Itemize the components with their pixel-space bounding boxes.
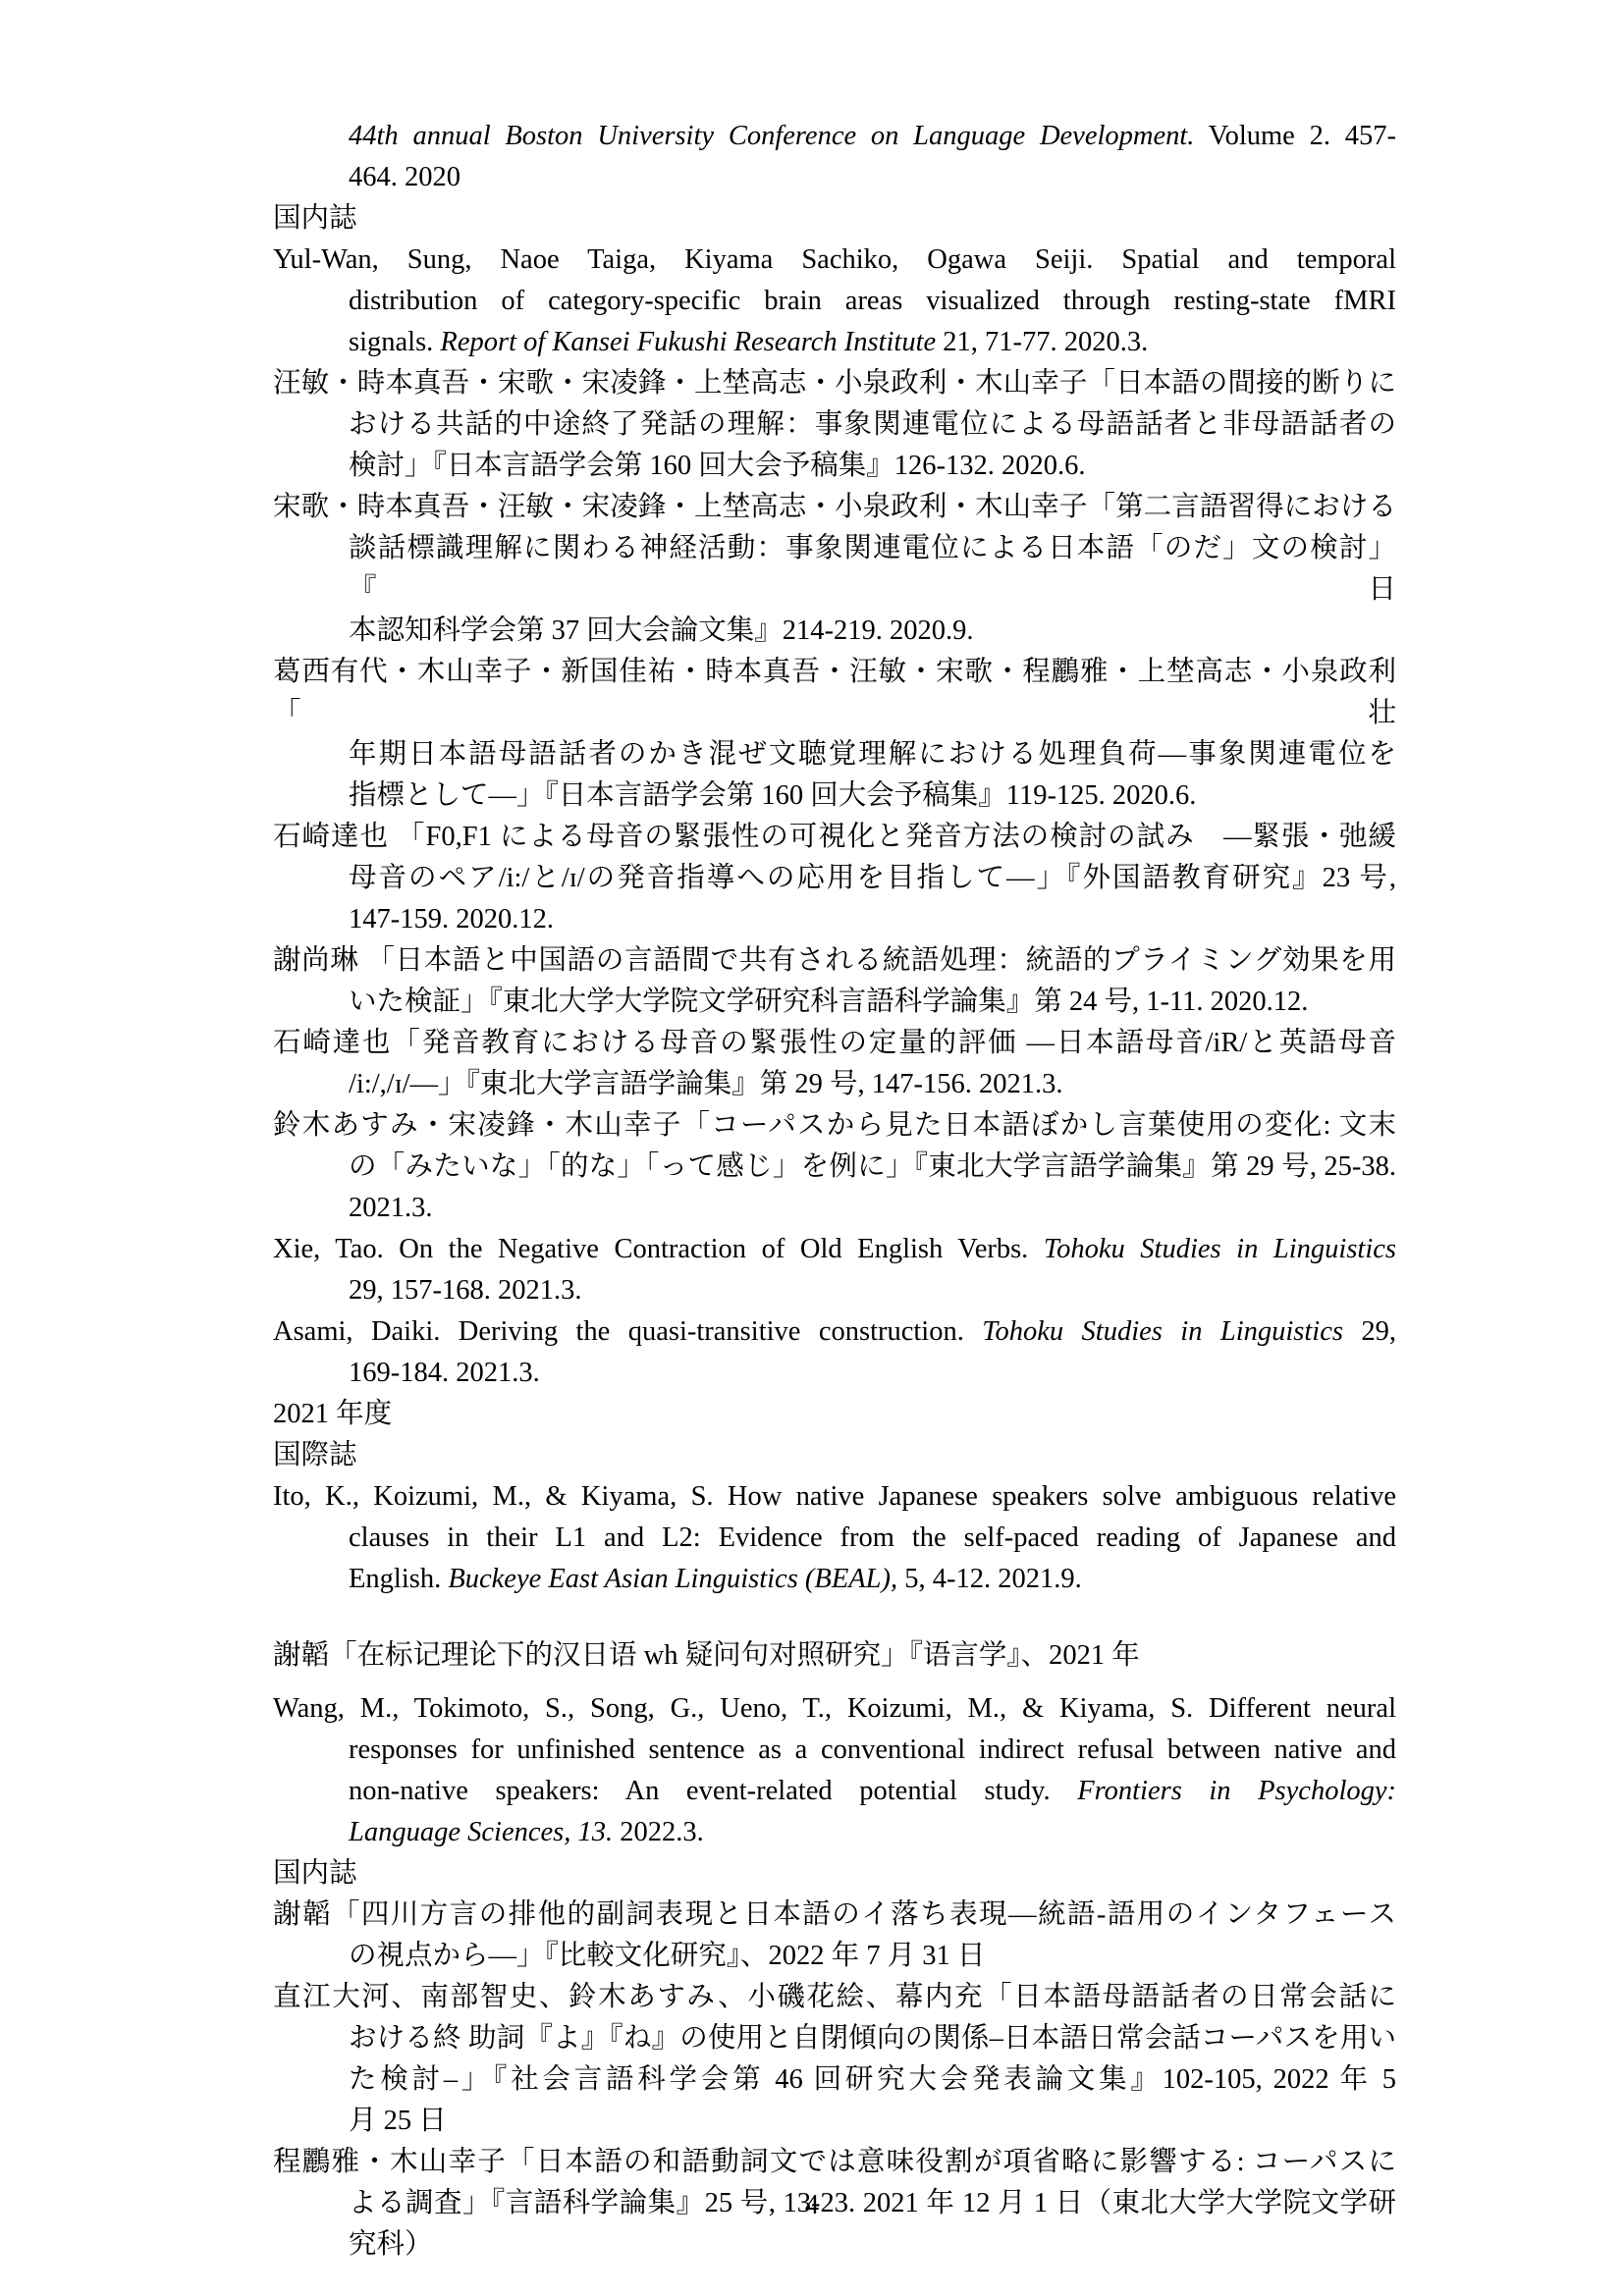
reference-line: Wang, M., Tokimoto, S., Song, G., Ueno, … [273, 1688, 1396, 1730]
text-run: clauses in their L1 and L2: Evidence fro… [349, 1522, 1396, 1553]
reference-line: 月 25 日 [273, 2101, 1396, 2142]
reference-line: 謝韜「在标记理论下的汉日语 wh 疑问句对照研究」『语言学』、2021 年 [273, 1635, 1396, 1677]
reference-line: 147-159. 2020.12. [273, 899, 1396, 940]
section-label: 2021 年度 [273, 1394, 1396, 1435]
reference-line: 検討」『日本言語学会第 160 回大会予稿集』126-132. 2020.6. [273, 446, 1396, 487]
reference-entry: Asami, Daiki. Deriving the quasi-transit… [273, 1311, 1396, 1394]
reference-line: responses for unfinished sentence as a c… [273, 1730, 1396, 1771]
reference-line: おける共話的中途終了発話の理解：事象関連電位による母語話者と非母語話者の [273, 404, 1396, 446]
reference-line: 44th annual Boston University Conference… [273, 116, 1396, 157]
text-run: Yul-Wan, Sung, Naoe Taiga, Kiyama Sachik… [273, 244, 1396, 275]
text-run: 石崎達也「発音教育における母音の緊張性の定量的評価 —日本語母音/iR/と英語母… [273, 1028, 1396, 1058]
text-run: 母音のペア/i:/と/ɪ/の発音指導への応用を目指して—」『外国語教育研究』23… [349, 863, 1396, 893]
text-run: 21, 71-77. 2020.3. [936, 327, 1148, 357]
text-run: 29, [1343, 1316, 1396, 1347]
reference-entry: 石崎達也「発音教育における母音の緊張性の定量的評価 —日本語母音/iR/と英語母… [273, 1023, 1396, 1105]
reference-line: 石崎達也 「F0,F1 による母音の緊張性の可視化と発音方法の検討の試み —緊張… [273, 817, 1396, 858]
text-run: non-native speakers: An event-related po… [349, 1776, 1077, 1806]
reference-entry: 鈴木あすみ・宋凌鋒・木山幸子「コーパスから見た日本語ぼかし言葉使用の変化: 文末… [273, 1105, 1396, 1229]
reference-entry: 石崎達也 「F0,F1 による母音の緊張性の可視化と発音方法の検討の試み —緊張… [273, 817, 1396, 940]
reference-line: 指標として—」『日本言語学会第 160 回大会予稿集』119-125. 2020… [273, 775, 1396, 817]
text-run: responses for unfinished sentence as a c… [349, 1735, 1396, 1765]
text-run: Asami, Daiki. Deriving the quasi-transit… [273, 1316, 982, 1347]
text-run: 謝尚琳 「日本語と中国語の言語間で共有される統語処理：統語的プライミング効果を用 [273, 945, 1396, 976]
reference-entry: Ito, K., Koizumi, M., & Kiyama, S. How n… [273, 1476, 1396, 1600]
text-run: の「みたいな」「的な」「って感じ」を例に」『東北大学言語学論集』第 29 号, … [349, 1151, 1396, 1182]
text-run: 直江大河、南部智史、鈴木あすみ、小磯花絵、幕内充「日本語母語話者の日常会話に [273, 1982, 1396, 2012]
text-run: 謝韜「在标记理论下的汉日语 wh 疑问句对照研究」『语言学』、2021 年 [273, 1640, 1140, 1671]
reference-line: 464. 2020 [273, 157, 1396, 198]
section-label: 国際誌 [273, 1435, 1396, 1476]
text-run: 国内誌 [273, 203, 357, 234]
reference-line: 本認知科学会第 37 回大会論文集』214-219. 2020.9. [273, 611, 1396, 652]
reference-line: 国内誌 [273, 1853, 1396, 1895]
reference-line: おける終 助詞『よ』『ね』の使用と自閉傾向の関係–日本語日常会話コーパスを用い [273, 2018, 1396, 2059]
text-run: 2022.3. [613, 1817, 704, 1847]
reference-line: Asami, Daiki. Deriving the quasi-transit… [273, 1311, 1396, 1353]
text-run: 謝韜「四川方言の排他的副詞表現と日本語のイ落ち表現—統語-語用のインタフェース [273, 1899, 1396, 1930]
text-run: 葛西有代・木山幸子・新国佳祐・時本真吾・汪敏・宋歌・程鸝雅・上埜高志・小泉政利「… [273, 657, 1396, 728]
reference-line: 母音のペア/i:/と/ɪ/の発音指導への応用を目指して—」『外国語教育研究』23… [273, 858, 1396, 899]
text-run: おける終 助詞『よ』『ね』の使用と自閉傾向の関係–日本語日常会話コーパスを用い [349, 2023, 1396, 2054]
text-run: 検討」『日本言語学会第 160 回大会予稿集』126-132. 2020.6. [349, 451, 1086, 481]
reference-line: 国際誌 [273, 1435, 1396, 1476]
text-run: いた検証」『東北大学大学院文学研究科言語科学論集』第 24 号, 1-11. 2… [349, 987, 1308, 1017]
text-run: 2021 年度 [273, 1399, 392, 1429]
reference-line: 2021 年度 [273, 1394, 1396, 1435]
reference-entry: 直江大河、南部智史、鈴木あすみ、小磯花絵、幕内充「日本語母語話者の日常会話におけ… [273, 1977, 1396, 2142]
reference-line: distribution of category-specific brain … [273, 281, 1396, 322]
reference-line: 程鸝雅・木山幸子「日本語の和語動詞文では意味役割が項省略に影響する: コーパスに [273, 2142, 1396, 2183]
italic-text-run: Frontiers in Psychology: [1077, 1776, 1396, 1806]
reference-entry: 謝尚琳 「日本語と中国語の言語間で共有される統語処理：統語的プライミング効果を用… [273, 940, 1396, 1023]
italic-text-run: Report of Kansei Fukushi Research Instit… [440, 327, 936, 357]
reference-line: 直江大河、南部智史、鈴木あすみ、小磯花絵、幕内充「日本語母語話者の日常会話に [273, 1977, 1396, 2018]
text-run: 究科） [349, 2229, 433, 2260]
reference-line: いた検証」『東北大学大学院文学研究科言語科学論集』第 24 号, 1-11. 2… [273, 982, 1396, 1023]
reference-line: signals. Report of Kansei Fukushi Resear… [273, 322, 1396, 363]
reference-line: 2021.3. [273, 1188, 1396, 1229]
italic-text-run: Tohoku Studies in Linguistics [1044, 1234, 1396, 1264]
text-run: 談話標識理解に関わる神経活動：事象関連電位による日本語「のだ」文の検討」『日 [349, 533, 1396, 605]
section-label: 国内誌 [273, 198, 1396, 240]
text-run: 指標として—」『日本言語学会第 160 回大会予稿集』119-125. 2020… [349, 780, 1196, 811]
reference-line: 汪敏・時本真吾・宋歌・宋凌鋒・上埜高志・小泉政利・木山幸子「日本語の間接的断りに [273, 363, 1396, 404]
reference-line: clauses in their L1 and L2: Evidence fro… [273, 1518, 1396, 1559]
text-run: 汪敏・時本真吾・宋歌・宋凌鋒・上埜高志・小泉政利・木山幸子「日本語の間接的断りに [273, 368, 1396, 399]
text-run: Volume 2. 457- [1194, 121, 1396, 151]
reference-line: English. Buckeye East Asian Linguistics … [273, 1559, 1396, 1600]
reference-line: 鈴木あすみ・宋凌鋒・木山幸子「コーパスから見た日本語ぼかし言葉使用の変化: 文末 [273, 1105, 1396, 1147]
reference-line: 石崎達也「発音教育における母音の緊張性の定量的評価 —日本語母音/iR/と英語母… [273, 1023, 1396, 1064]
reference-line: 169-184. 2021.3. [273, 1353, 1396, 1394]
reference-line: 談話標識理解に関わる神経活動：事象関連電位による日本語「のだ」文の検討」『日 [273, 528, 1396, 611]
reference-entry: 謝韜「在标记理论下的汉日语 wh 疑问句对照研究」『语言学』、2021 年 [273, 1635, 1396, 1677]
text-run: distribution of category-specific brain … [349, 286, 1396, 316]
text-run: た検討–」『社会言語科学会第 46 回研究大会発表論文集』102-105, 20… [349, 2064, 1396, 2095]
reference-line: /i:/,/ɪ/—」『東北大学言語学論集』第 29 号, 147-156. 20… [273, 1064, 1396, 1105]
text-run: signals. [349, 327, 440, 357]
text-run: 年期日本語母語話者のかき混ぜ文聴覚理解における処理負荷—事象関連電位を [349, 739, 1396, 770]
reference-entry: 葛西有代・木山幸子・新国佳祐・時本真吾・汪敏・宋歌・程鸝雅・上埜高志・小泉政利「… [273, 652, 1396, 817]
text-run: の視点から—」『比較文化研究』、2022 年 7 月 31 日 [349, 1941, 985, 1971]
reference-line: 謝尚琳 「日本語と中国語の言語間で共有される統語処理：統語的プライミング効果を用 [273, 940, 1396, 982]
text-run: 月 25 日 [349, 2106, 447, 2136]
text-run: 石崎達也 「F0,F1 による母音の緊張性の可視化と発音方法の検討の試み —緊張… [273, 822, 1396, 852]
entry-continuation: 44th annual Boston University Conference… [273, 116, 1396, 198]
reference-line: Xie, Tao. On the Negative Contraction of… [273, 1229, 1396, 1270]
reference-line: Ito, K., Koizumi, M., & Kiyama, S. How n… [273, 1476, 1396, 1518]
text-run: 国内誌 [273, 1858, 357, 1889]
reference-line: た検討–」『社会言語科学会第 46 回研究大会発表論文集』102-105, 20… [273, 2059, 1396, 2101]
reference-line: の「みたいな」「的な」「って感じ」を例に」『東北大学言語学論集』第 29 号, … [273, 1147, 1396, 1188]
text-run: 5, 4-12. 2021.9. [897, 1564, 1082, 1594]
text-run: おける共話的中途終了発話の理解：事象関連電位による母語話者と非母語話者の [349, 409, 1396, 440]
reference-entry: Xie, Tao. On the Negative Contraction of… [273, 1229, 1396, 1311]
reference-entry: Yul-Wan, Sung, Naoe Taiga, Kiyama Sachik… [273, 240, 1396, 363]
text-run: /i:/,/ɪ/—」『東北大学言語学論集』第 29 号, 147-156. 20… [349, 1069, 1063, 1099]
text-run: Ito, K., Koizumi, M., & Kiyama, S. How n… [273, 1481, 1396, 1512]
section-label: 国内誌 [273, 1853, 1396, 1895]
text-run: 29, 157-168. 2021.3. [349, 1275, 582, 1306]
reference-line: の視点から—」『比較文化研究』、2022 年 7 月 31 日 [273, 1936, 1396, 1977]
italic-text-run: Buckeye East Asian Linguistics (BEAL), [448, 1564, 897, 1594]
text-run: Xie, Tao. On the Negative Contraction of… [273, 1234, 1044, 1264]
page-number: 4 [0, 2185, 1624, 2226]
text-run: 程鸝雅・木山幸子「日本語の和語動詞文では意味役割が項省略に影響する: コーパスに [273, 2147, 1396, 2177]
reference-line: 宋歌・時本真吾・汪敏・宋凌鋒・上埜高志・小泉政利・木山幸子「第二言語習得における [273, 487, 1396, 528]
text-run: 宋歌・時本真吾・汪敏・宋凌鋒・上埜高志・小泉政利・木山幸子「第二言語習得における [273, 492, 1396, 522]
publication-list-page: 44th annual Boston University Conference… [0, 0, 1624, 2296]
text-run: 本認知科学会第 37 回大会論文集』214-219. 2020.9. [349, 615, 974, 646]
text-run: 国際誌 [273, 1440, 357, 1470]
italic-text-run: Language Sciences, 13. [349, 1817, 613, 1847]
text-run: Wang, M., Tokimoto, S., Song, G., Ueno, … [273, 1693, 1396, 1724]
reference-line: 国内誌 [273, 198, 1396, 240]
reference-entry: 謝韜「四川方言の排他的副詞表現と日本語のイ落ち表現—統語-語用のインタフェースの… [273, 1895, 1396, 1977]
reference-line: Language Sciences, 13. 2022.3. [273, 1812, 1396, 1853]
reference-line: 葛西有代・木山幸子・新国佳祐・時本真吾・汪敏・宋歌・程鸝雅・上埜高志・小泉政利「… [273, 652, 1396, 734]
italic-text-run: Tohoku Studies in Linguistics [982, 1316, 1343, 1347]
italic-text-run: 44th annual Boston University Conference… [349, 121, 1194, 151]
reference-line: 謝韜「四川方言の排他的副詞表現と日本語のイ落ち表現—統語-語用のインタフェース [273, 1895, 1396, 1936]
reference-entry: 宋歌・時本真吾・汪敏・宋凌鋒・上埜高志・小泉政利・木山幸子「第二言語習得における… [273, 487, 1396, 652]
reference-line: Yul-Wan, Sung, Naoe Taiga, Kiyama Sachik… [273, 240, 1396, 281]
text-run: English. [349, 1564, 448, 1594]
text-run: 464. 2020 [349, 162, 460, 192]
reference-line: 年期日本語母語話者のかき混ぜ文聴覚理解における処理負荷—事象関連電位を [273, 734, 1396, 775]
text-run: 鈴木あすみ・宋凌鋒・木山幸子「コーパスから見た日本語ぼかし言葉使用の変化: 文末 [273, 1110, 1396, 1141]
reference-line: 29, 157-168. 2021.3. [273, 1270, 1396, 1311]
reference-line: non-native speakers: An event-related po… [273, 1771, 1396, 1812]
text-run: 147-159. 2020.12. [349, 904, 554, 934]
text-run: 2021.3. [349, 1193, 433, 1223]
reference-entry: Wang, M., Tokimoto, S., Song, G., Ueno, … [273, 1688, 1396, 1853]
reference-entry: 汪敏・時本真吾・宋歌・宋凌鋒・上埜高志・小泉政利・木山幸子「日本語の間接的断りに… [273, 363, 1396, 487]
reference-line: 究科） [273, 2224, 1396, 2266]
text-run: 169-184. 2021.3. [349, 1358, 540, 1388]
